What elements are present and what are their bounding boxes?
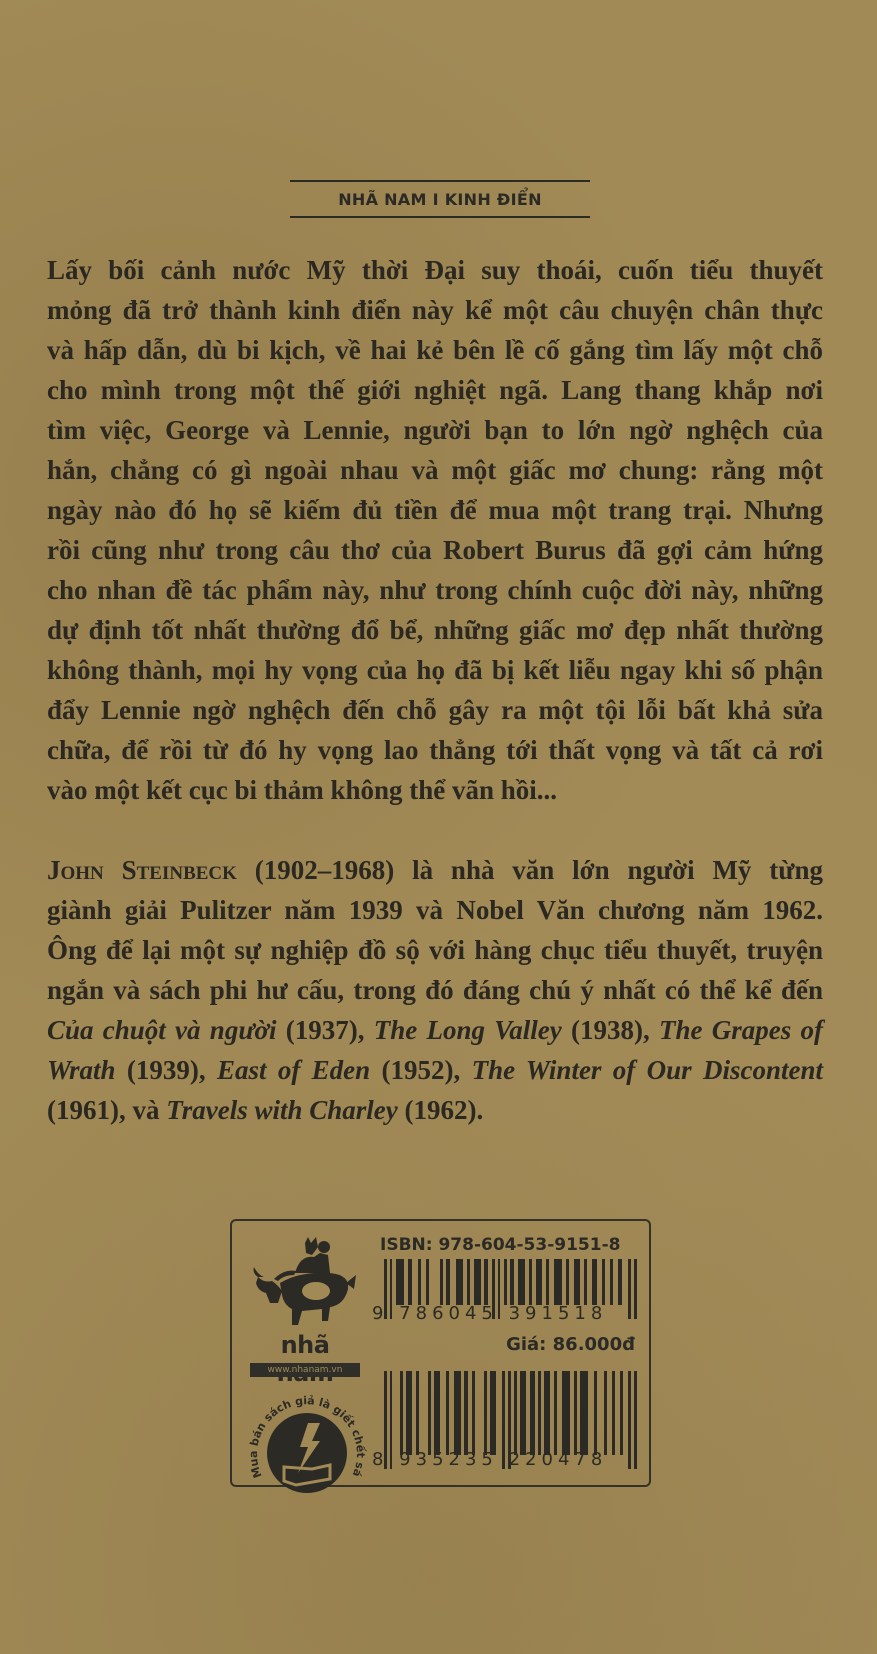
work-year: (1961), và [47,1095,166,1125]
work-title: The Long Valley [374,1015,562,1045]
synopsis-line: chữa, để rồi từ đó hy vọng lao thẳng tới… [47,730,823,770]
synopsis-line: mỏng đã trở thành kinh điển này kể một c… [47,290,823,330]
bio-line: ngắn và sách phi hư cấu, trong đó đáng c… [47,970,823,1010]
isbn-label: ISBN: 978-604-53-9151-8 [380,1235,642,1255]
synopsis-line: đẩy Lennie ngờ nghệch đến chỗ gây ra một… [47,690,823,730]
barcode-box: nhã nam www.nhanam.vn Mua bán sách giả l… [230,1219,651,1487]
work-title: The Winter of Our Discontent [472,1055,823,1085]
bio-line: Ông để lại một sự nghiệp đồ sộ với hàng … [47,930,823,970]
bio-text: (1902–1968) là nhà văn lớn người Mỹ từng [237,855,823,885]
synopsis-paragraph: Lấy bối cảnh nước Mỹ thời Đại suy thoái,… [47,250,823,810]
author-name: John Steinbeck [47,855,237,885]
ean-barcode-digits: 8 935235 220478 [372,1449,607,1470]
synopsis-line: cho mình trong một thế giới nghiệt ngã. … [47,370,823,410]
work-title: Travels with Charley [166,1095,398,1125]
synopsis-line: Lấy bối cảnh nước Mỹ thời Đại suy thoái,… [47,250,823,290]
publisher-url: www.nhanam.vn [250,1363,360,1377]
synopsis-line: vào một kết cục bi thảm không thể vãn hồ… [47,770,823,810]
series-label: NHÃ NAM I KINH ĐIỂN [338,190,542,209]
isbn-barcode-digits: 9 786045 391518 [372,1303,607,1324]
anti-piracy-seal-icon: Mua bán sách giả là giết chết sách thật [242,1381,372,1511]
publisher-name: nhã nam [250,1331,360,1387]
publisher-logo-icon [250,1233,360,1331]
synopsis-line: cho nhan đề tác phẩm này, như trong chín… [47,570,823,610]
work-title: Của chuột và người [47,1015,276,1045]
synopsis-line: và hấp dẫn, dù bi kịch, về hai kẻ bên lề… [47,330,823,370]
author-bio-paragraph: John Steinbeck (1902–1968) là nhà văn lớ… [47,850,823,1130]
synopsis-line: tìm việc, George và Lennie, người bạn to… [47,410,823,450]
work-title: East of Eden [217,1055,370,1085]
synopsis-line: dự định tốt nhất thường đổ bể, những giấ… [47,610,823,650]
work-year: (1937), [276,1015,373,1045]
work-year: (1962). [398,1095,483,1125]
work-year: (1938), [562,1015,659,1045]
series-header: NHÃ NAM I KINH ĐIỂN [290,180,590,218]
synopsis-line: rồi cũng như trong câu thơ của Robert Bu… [47,530,823,570]
synopsis-line: ngày nào đó họ sẽ kiếm đủ tiền để mua mộ… [47,490,823,530]
work-year: (1952), [370,1055,471,1085]
work-title: The Grapes of [659,1015,823,1045]
synopsis-line: hắn, chẳng có gì ngoài nhau và một giấc … [47,450,823,490]
bio-line: giành giải Pulitzer năm 1939 và Nobel Vă… [47,890,823,930]
work-title: Wrath [47,1055,116,1085]
work-year: (1939), [116,1055,217,1085]
price-label: Giá: 86.000đ [506,1334,635,1355]
synopsis-line: không thành, mọi hy vọng của họ đã bị kế… [47,650,823,690]
